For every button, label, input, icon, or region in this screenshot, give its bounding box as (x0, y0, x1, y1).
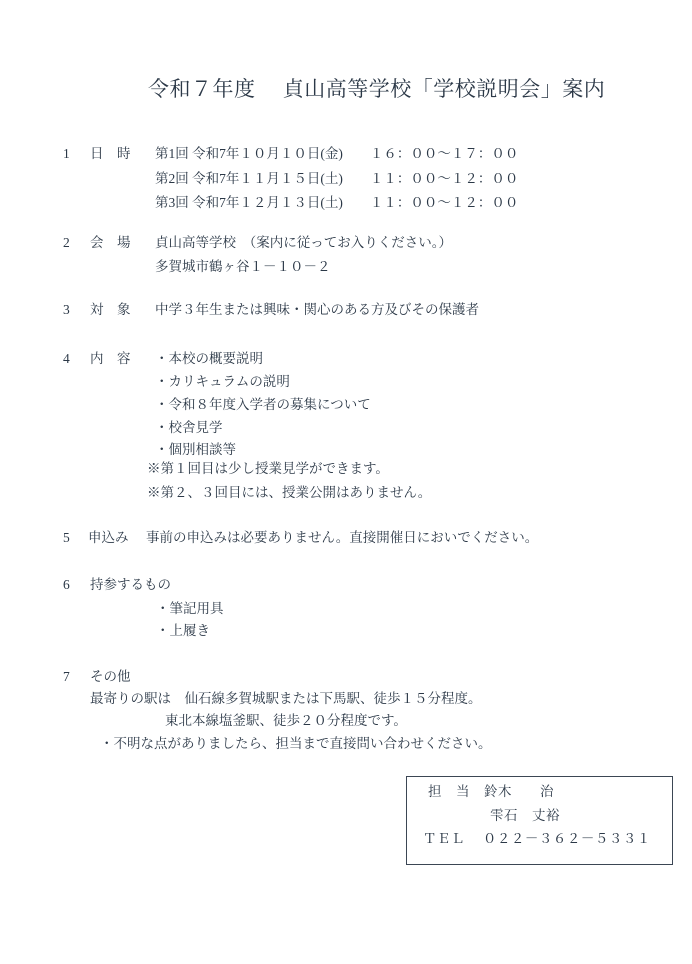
section-4-note-1: ※第１回目は少し授業見学ができます。 (147, 460, 389, 478)
section-4-number: 4 (63, 350, 70, 368)
section-7-label: その他 (90, 668, 131, 686)
section-1-line-3: 第3回 令和7年１２月１３日(土) １１：００～１２：００ (155, 194, 518, 212)
section-2-line-1: 貞山高等学校 （案内に従ってお入りください。） (155, 234, 452, 252)
section-6-item-2: ・上履き (156, 622, 210, 640)
section-4-label: 内 容 (90, 350, 131, 368)
section-5-line-1: 事前の申込みは必要ありません。直接開催日においでください。 (146, 529, 538, 547)
section-1-number: 1 (63, 145, 70, 163)
section-1-label: 日 時 (90, 145, 131, 163)
section-5-label: 申込み (88, 529, 129, 547)
section-7-number: 7 (63, 668, 70, 686)
section-6-label: 持参するもの (90, 576, 171, 594)
contact-person-1: 担 当 鈴木 治 (428, 783, 554, 801)
section-5-number: 5 (63, 529, 70, 547)
section-7-line-3: ・不明な点がありましたら、担当まで直接問い合わせください。 (100, 735, 492, 753)
document-page: 令和７年度 貞山高等学校「学校説明会」案内 1 日 時 第1回 令和7年１０月１… (0, 0, 692, 964)
section-7-line-2: 東北本線塩釜駅、徒歩２０分程度です。 (165, 712, 407, 730)
section-2-number: 2 (63, 234, 70, 252)
section-6-number: 6 (63, 576, 70, 594)
page-title: 令和７年度 貞山高等学校「学校説明会」案内 (148, 76, 605, 102)
section-2-line-2: 多賀城市鶴ヶ谷１－１０－２ (155, 258, 331, 276)
section-3-line-1: 中学３年生または興味・関心のある方及びその保護者 (155, 301, 479, 319)
section-4-item-2: ・カリキュラムの説明 (155, 373, 290, 391)
contact-phone: ＴＥＬ ０２２－３６２－５３３１ (423, 830, 651, 848)
section-6-item-1: ・筆記用具 (156, 600, 224, 618)
section-4-note-2: ※第２、３回目には、授業公開はありません。 (147, 484, 431, 502)
section-7-line-1: 最寄りの駅は 仙石線多賀城駅または下馬駅、徒歩１５分程度。 (90, 690, 482, 708)
section-4-item-5: ・個別相談等 (155, 441, 236, 459)
section-3-number: 3 (63, 301, 70, 319)
contact-person-2: 雫石 丈裕 (490, 807, 560, 825)
section-1-line-1: 第1回 令和7年１０月１０日(金) １６：００～１７：００ (155, 145, 518, 163)
contact-box: 担 当 鈴木 治 雫石 丈裕 ＴＥＬ ０２２－３６２－５３３１ (406, 776, 673, 865)
section-1-line-2: 第2回 令和7年１１月１５日(土) １１：００～１２：００ (155, 170, 518, 188)
section-4-item-3: ・令和８年度入学者の募集について (155, 396, 371, 414)
section-2-label: 会 場 (90, 234, 131, 252)
section-4-item-1: ・本校の概要説明 (155, 350, 263, 368)
section-3-label: 対 象 (90, 301, 131, 319)
section-4-item-4: ・校舎見学 (155, 419, 223, 437)
